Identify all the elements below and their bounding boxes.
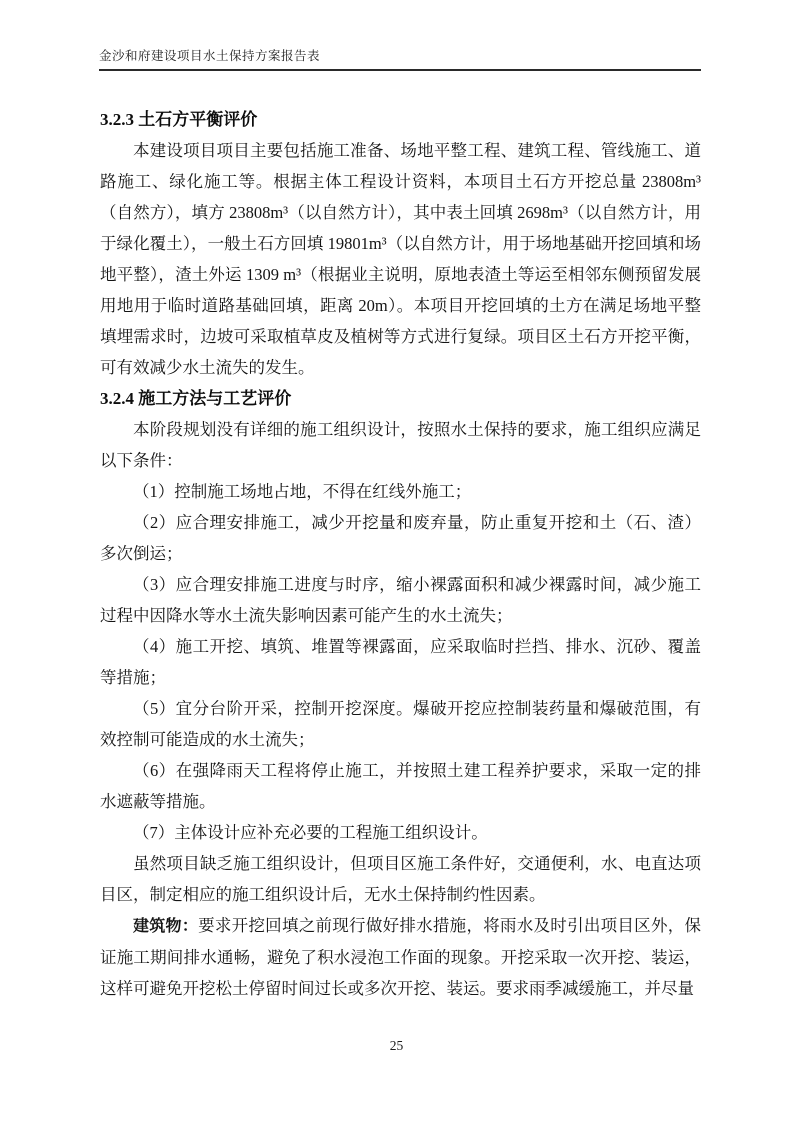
- list-item-6: （6）在强降雨天工程将停止施工，并按照土建工程养护要求，采取一定的排水遮蔽等措施…: [100, 755, 701, 817]
- paragraph-buildings: 建筑物：要求开挖回填之前现行做好排水措施，将雨水及时引出项目区外，保证施工期间排…: [100, 910, 701, 1004]
- section-heading-3-2-4: 3.2.4 施工方法与工艺评价: [100, 383, 701, 414]
- section-heading-3-2-3: 3.2.3 土石方平衡评价: [100, 104, 701, 135]
- list-item-1: （1）控制施工场地占地，不得在红线外施工；: [100, 476, 701, 507]
- header-title: 金沙和府建设项目水土保持方案报告表: [99, 49, 320, 63]
- page-header: 金沙和府建设项目水土保持方案报告表: [99, 48, 701, 71]
- document-page: 金沙和府建设项目水土保持方案报告表 3.2.3 土石方平衡评价 本建设项目项目主…: [0, 0, 793, 1122]
- paragraph-intro-conditions: 本阶段规划没有详细的施工组织设计，按照水土保持的要求，施工组织应满足以下条件：: [100, 414, 701, 476]
- page-footer: 25: [0, 1038, 793, 1054]
- list-item-2: （2）应合理安排施工，减少开挖量和废弃量，防止重复开挖和土（石、渣）多次倒运；: [100, 507, 701, 569]
- paragraph-earthwork-balance: 本建设项目项目主要包括施工准备、场地平整工程、建筑工程、管线施工、道路施工、绿化…: [100, 135, 701, 383]
- paragraph-buildings-lead: 建筑物：: [133, 918, 198, 935]
- list-item-5: （5）宜分台阶开采，控制开挖深度。爆破开挖应控制装药量和爆破范围，有效控制可能造…: [100, 693, 701, 755]
- page-number: 25: [390, 1038, 404, 1053]
- list-item-7: （7）主体设计应补充必要的工程施工组织设计。: [100, 817, 701, 848]
- list-item-4: （4）施工开挖、填筑、堆置等裸露面，应采取临时拦挡、排水、沉砂、覆盖等措施；: [100, 631, 701, 693]
- list-item-3: （3）应合理安排施工进度与时序，缩小裸露面积和减少裸露时间，减少施工过程中因降水…: [100, 569, 701, 631]
- document-content: 3.2.3 土石方平衡评价 本建设项目项目主要包括施工准备、场地平整工程、建筑工…: [100, 104, 701, 1004]
- paragraph-no-constraints: 虽然项目缺乏施工组织设计，但项目区施工条件好，交通便利，水、电直达项目区，制定相…: [100, 848, 701, 910]
